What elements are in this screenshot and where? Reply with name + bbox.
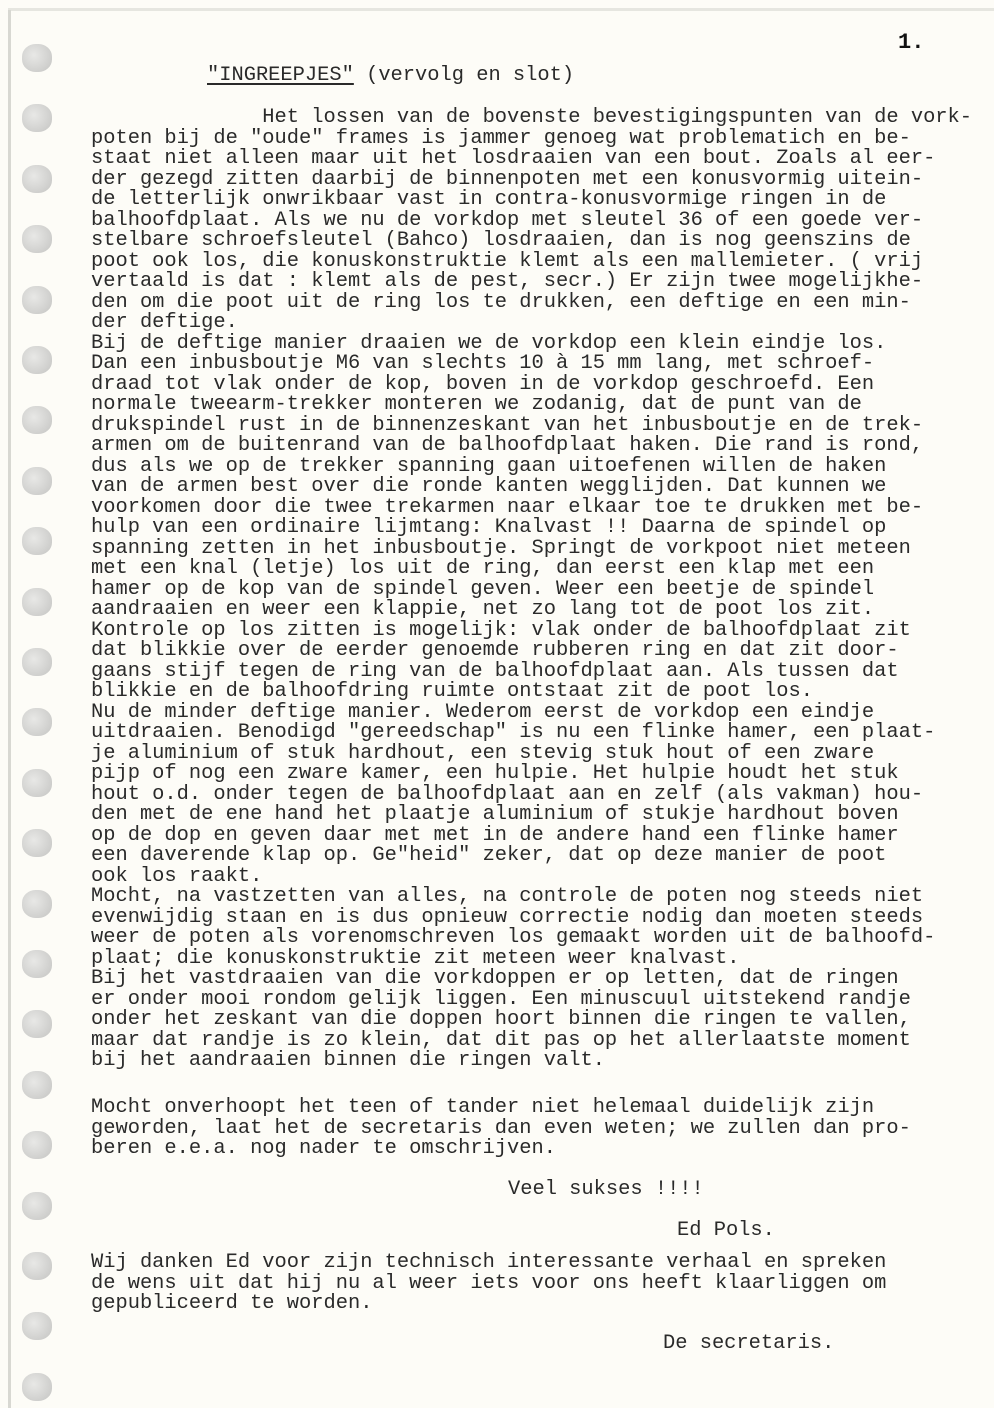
punch-hole [22,1312,52,1340]
text-line: drukspindel rust in de binnenzeskant van… [91,416,931,437]
text-line: Bij het vastdraaien van die vorkdoppen e… [91,969,931,990]
text-line: armen om de buitenrand van de balhoofdpl… [91,436,931,457]
text-line: poten bij de "oude" frames is jammer gen… [91,129,931,150]
punch-hole [22,286,52,314]
punch-hole [22,165,52,193]
text-line: je aluminium of stuk hardhout, een stevi… [91,744,931,765]
text-line: Het lossen van de bovenste bevestigingsp… [91,108,931,129]
page-number: 1. [898,30,924,55]
punch-hole [22,769,52,797]
text-line: bij het aandraaien binnen die ringen val… [91,1051,931,1072]
text-line: pijp of nog een zware kamer, een hulpie.… [91,764,931,785]
page-top-edge [8,8,994,11]
title-main: "INGREEPJES" [207,64,354,87]
signature: De secretaris. [663,1334,994,1355]
wish-line: Veel sukses !!!! [508,1180,994,1201]
article-title: "INGREEPJES" (vervolg en slot) [207,64,574,87]
text-line: dus als we op de trekker spanning gaan u… [91,457,931,478]
text-line: Kontrole op los zitten is mogelijk: vlak… [91,621,931,642]
text-line: de letterlijk onwrikbaar vast in contra-… [91,190,931,211]
text-line: Wij danken Ed voor zijn technisch intere… [91,1253,931,1274]
text-line: Mocht onverhoopt het teen of tander niet… [91,1098,931,1119]
text-line: de wens uit dat hij nu al weer iets voor… [91,1274,931,1295]
text-line: der gezegd zitten daarbij de binnenpoten… [91,170,931,191]
text-line: draad tot vlak onder de kop, boven in de… [91,375,931,396]
text-line: spanning zetten in het inbusboutje. Spri… [91,539,931,560]
text-line: dat blikkie over de eerder genoemde rubb… [91,641,931,662]
thanks-paragraph: Wij danken Ed voor zijn technisch intere… [91,1253,931,1315]
text-line: Mocht, na vastzetten van alles, na contr… [91,887,931,908]
text-line: vertaald is dat : klemt als de pest, sec… [91,272,931,293]
punch-hole [22,44,52,72]
text-line: beren e.e.a. nog nader te omschrijven. [91,1139,931,1160]
text-line: den om die poot uit de ring los te drukk… [91,293,931,314]
punch-hole [22,1252,52,1280]
text-line: gaans stijf tegen de ring van de balhoof… [91,662,931,683]
punch-hole [22,588,52,616]
punch-hole [22,1010,52,1038]
text-line: er onder mooi rondom gelijk liggen. Een … [91,990,931,1011]
text-line: hulp van een ordinaire lijmtang: Knalvas… [91,518,931,539]
text-line: normale tweearm-trekker monteren we zoda… [91,395,931,416]
punch-hole [22,225,52,253]
text-line: plaat; die konuskonstruktie zit meteen w… [91,949,931,970]
text-line: Dan een inbusboutje M6 van slechts 10 à … [91,354,931,375]
text-line: met een knal (letje) los uit de ring, da… [91,559,931,580]
punch-hole [22,467,52,495]
text-line: evenwijdig staan en is dus opnieuw corre… [91,908,931,929]
punch-hole [22,1071,52,1099]
punch-hole [22,1373,52,1401]
text-line: balhoofdplaat. Als we nu de vorkdop met … [91,211,931,232]
text-line: voorkomen door die twee trekarmen naar e… [91,498,931,519]
text-line: geworden, laat het de secretaris dan eve… [91,1119,931,1140]
text-line: staat niet alleen maar uit het losdraaie… [91,149,931,170]
text-line: aandraaien en weer een klappie, net zo l… [91,600,931,621]
text-line: blikkie en de balhoofdring ruimte ontsta… [91,682,931,703]
title-sub: (vervolg en slot) [354,64,574,87]
author-name: Ed Pols. [677,1221,994,1242]
closing-paragraph: Mocht onverhoopt het teen of tander niet… [91,1098,931,1160]
text-line: stelbare schroefsleutel (Bahco) losdraai… [91,231,931,252]
text-line: gepubliceerd te worden. [91,1294,931,1315]
text-line: hamer op de kop van de spindel geven. We… [91,580,931,601]
punch-hole [22,104,52,132]
text-line: poot ook los, die konuskonstruktie klemt… [91,252,931,273]
punch-hole [22,1192,52,1220]
punch-hole [22,527,52,555]
text-line: een daverende klap op. Ge"heid" zeker, d… [91,846,931,867]
punch-hole [22,950,52,978]
punch-hole [22,346,52,374]
text-line: op de dop en geven daar met met in de an… [91,826,931,847]
text-line: Nu de minder deftige manier. Wederom eer… [91,703,931,724]
text-line: ook los raakt. [91,867,931,888]
text-line: Bij de deftige manier draaien we de vork… [91,334,931,355]
text-line: den met de ene hand het plaatje aluminiu… [91,805,931,826]
text-line: hout o.d. onder tegen de balhoofdplaat a… [91,785,931,806]
article-body: Het lossen van de bovenste bevestigingsp… [91,108,931,1072]
page-left-edge [8,10,11,1408]
text-line: onder het zeskant van die doppen hoort b… [91,1010,931,1031]
punch-hole [22,648,52,676]
punch-hole [22,1131,52,1159]
text-line: maar dat randje is zo klein, dat dit pas… [91,1031,931,1052]
text-line: weer de poten als vorenomschreven los ge… [91,928,931,949]
punch-hole [22,829,52,857]
punch-hole [22,708,52,736]
text-line: van de armen best over die ronde kanten … [91,477,931,498]
text-line: uitdraaien. Benodigd "gereedschap" is nu… [91,723,931,744]
punch-hole [22,890,52,918]
text-line: der deftige. [91,313,931,334]
punch-hole [22,406,52,434]
